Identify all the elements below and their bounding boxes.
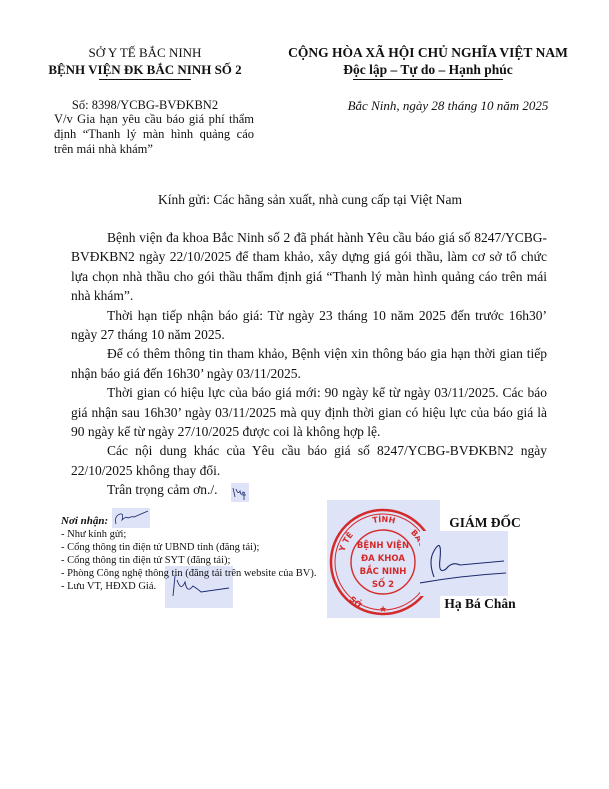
paragraph: Thời hạn tiếp nhận báo giá: Từ ngày 23 t… [71,306,547,345]
recipients-title: Nơi nhận: [61,515,361,528]
recipient-item: - Lưu VT, HĐXD Giá. [61,580,361,593]
recipient-item: - Cổng thông tin điện tử SYT (đăng tải); [61,554,361,567]
motto-underline [353,79,503,80]
hospital-underline [99,79,191,80]
place-date: Bắc Ninh, ngày 28 tháng 10 năm 2025 [318,98,578,114]
initial-signature-1 [231,483,249,502]
signer-title: GIÁM ĐỐC [430,515,540,531]
recipient-item: - Cổng thông tin điện tử UBND tỉnh (đăng… [61,541,361,554]
document-body: Bệnh viện đa khoa Bắc Ninh số 2 đã phát … [71,228,547,500]
document-number: Số: 8398/YCBG-BVĐKBN2 [30,98,260,113]
national-header-block: CỘNG HÒA XÃ HỘI CHỦ NGHĨA VIỆT NAM Độc l… [258,44,598,80]
paragraph: Bệnh viện đa khoa Bắc Ninh số 2 đã phát … [71,228,547,306]
recipients-block: Nơi nhận: - Như kính gửi; - Cổng thông t… [61,515,361,593]
paragraph: Các nội dung khác của Yêu cầu báo giá số… [71,441,547,480]
hospital-name: BỆNH VIỆN ĐK BẮC NINH SỐ 2 [30,61,260,78]
svg-text:★: ★ [379,605,387,615]
agency-name: SỞ Y TẾ BẮC NINH [30,44,260,61]
svg-text:SỐ 2: SỐ 2 [372,577,394,590]
svg-text:SỞ: SỞ [348,592,365,609]
addressee-line: Kính gửi: Các hãng sản xuất, nhà cung cấ… [60,192,560,208]
recipient-item: - Như kính gửi; [61,528,361,541]
document-subject: V/v Gia hạn yêu cầu báo giá phí thẩm địn… [54,112,254,157]
motto: Độc lập – Tự do – Hạnh phúc [258,61,598,78]
svg-text:BỆNH VIỆN: BỆNH VIỆN [357,540,409,551]
closing: Trân trọng cảm ơn./. [71,480,547,499]
signer-name: Hạ Bá Chân [425,596,535,612]
recipient-item: - Phòng Công nghệ thông tin (đăng tải tr… [61,567,361,580]
issuing-agency-block: SỞ Y TẾ BẮC NINH BỆNH VIỆN ĐK BẮC NINH S… [30,44,260,80]
director-signature [420,531,508,596]
nation-title: CỘNG HÒA XÃ HỘI CHỦ NGHĨA VIỆT NAM [258,44,598,61]
svg-text:ĐA KHOA: ĐA KHOA [361,554,405,564]
svg-text:BẮC NINH: BẮC NINH [360,564,407,577]
paragraph: Để có thêm thông tin tham khảo, Bệnh việ… [71,344,547,383]
paragraph: Thời gian có hiệu lực của báo giá mới: 9… [71,383,547,441]
